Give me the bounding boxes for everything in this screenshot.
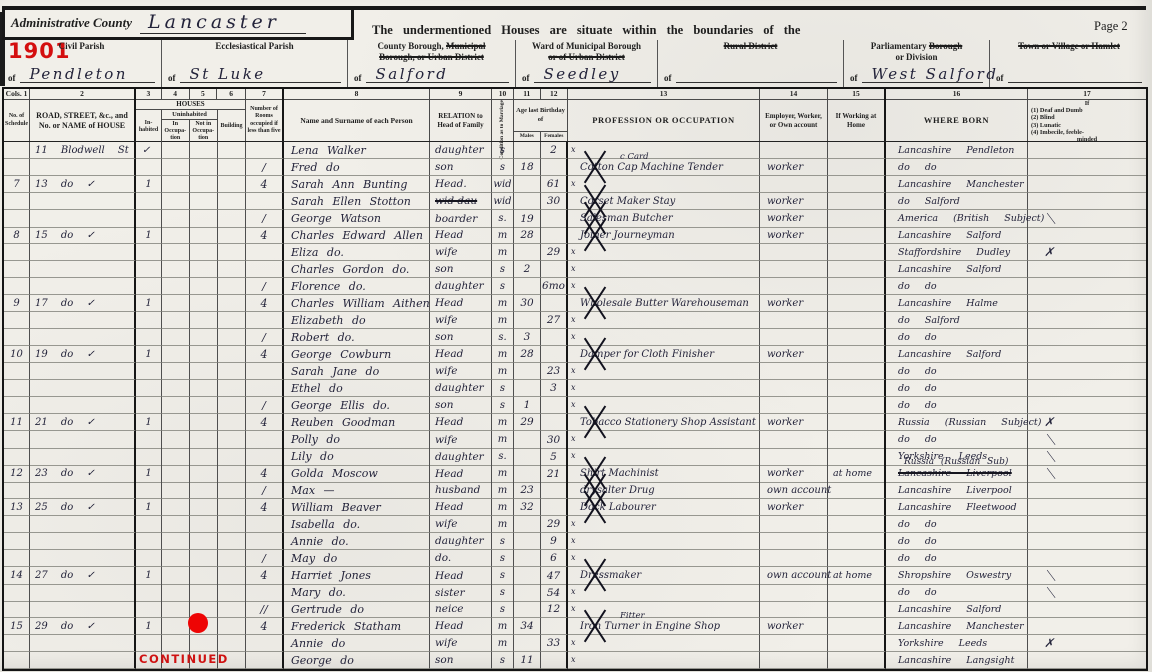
cell-rooms (246, 448, 284, 466)
cell-building (218, 550, 246, 567)
cell-relation: wid dau (430, 193, 492, 210)
cell-age-male: 2 (514, 261, 541, 278)
cell-road: 13 do ✓ (30, 176, 136, 193)
cell-rooms (246, 363, 284, 380)
no-occupation-mark: x (571, 383, 576, 392)
cell-schedule-no: 9 (4, 295, 30, 312)
cell-inhabited (136, 380, 162, 397)
cell-inhabited (136, 261, 162, 278)
cell-age-female: 6mo (541, 278, 568, 295)
cell-age-male (514, 550, 541, 567)
cell-inhabited: 1 (136, 176, 162, 193)
cell-relation: son (430, 397, 492, 414)
cell-age-female: 5 (541, 448, 568, 466)
cell-uninhabited-not-in-occupation (190, 346, 218, 363)
cell-name: Frederick Statham (284, 618, 430, 635)
cell-schedule-no (4, 142, 30, 159)
cell-uninhabited-not-in-occupation (190, 193, 218, 210)
cell-at-home (828, 346, 886, 363)
cell-at-home (828, 601, 886, 618)
cell-age-male: 29 (514, 414, 541, 431)
district-ecclesiastical-parish: Ecclesiastical ParishofSt Luke (162, 40, 348, 87)
cell-age-female: 23 (541, 363, 568, 380)
district-rural-district: Rural Districtof (658, 40, 844, 87)
cell-schedule-no (4, 261, 30, 278)
cell-age-male: 28 (514, 227, 541, 244)
cell-schedule-no (4, 448, 30, 466)
cell-occupation: x (568, 278, 760, 295)
fill-in-line (676, 67, 838, 83)
cell-uninhabited-in-occupation (162, 584, 190, 602)
census-row: Isabella do.wifem29xdo do (4, 516, 1146, 533)
cell-age-female: 29 (541, 244, 568, 261)
cell-relation: daughter (430, 278, 492, 295)
cell-age-female: 21 (541, 465, 568, 483)
cell-name: Eliza do. (284, 244, 430, 261)
cell-road (30, 244, 136, 261)
cell-infirmity (1028, 601, 1146, 618)
no-occupation-mark: x (571, 655, 576, 664)
col-rooms: 7 Number of Rooms occupied if less than … (246, 89, 284, 141)
cell-road (30, 652, 136, 669)
cell-road: 25 do ✓ (30, 499, 136, 516)
cell-where-born: Lancashire Salford (886, 346, 1028, 363)
cell-age-female: 6 (541, 550, 568, 567)
cell-uninhabited-not-in-occupation (190, 210, 218, 228)
cell-relation: do. (430, 550, 492, 567)
cell-building (218, 584, 246, 602)
cell-relation: son (430, 159, 492, 176)
cell-building (218, 244, 246, 261)
cell-name: Annie do (284, 635, 430, 652)
cell-where-born: Russia (Russian Subject) (886, 414, 1028, 431)
cell-relation: wife (430, 635, 492, 652)
cell-condition: m (492, 227, 514, 244)
cell-inhabited (136, 397, 162, 414)
cell-occupation: drysalter Drug (568, 482, 760, 499)
col-label: Employer, Worker, or Own account (761, 112, 826, 130)
cell-inhabited (136, 159, 162, 176)
cell-road (30, 278, 136, 295)
cell-employer: worker (760, 193, 828, 210)
cell-employer: worker (760, 295, 828, 312)
cell-inhabited: 1 (136, 227, 162, 244)
cell-uninhabited-not-in-occupation (190, 516, 218, 533)
column-header-band: Cols. 1 No. of Schedule 2 ROAD, STREET, … (4, 89, 1146, 142)
cell-employer: own account (760, 482, 828, 499)
cell-at-home (828, 193, 886, 210)
cell-where-born: Lancashire Langsight (886, 652, 1028, 669)
cell-age-male: 23 (514, 482, 541, 499)
cell-condition: s (492, 601, 514, 618)
cell-uninhabited-not-in-occupation (190, 567, 218, 585)
cell-inhabited (136, 193, 162, 210)
cell-age-female: 12 (541, 601, 568, 618)
cell-employer: worker (760, 499, 828, 516)
cell-name: Max — (284, 482, 430, 499)
col-label-not-in-occupation: Not in Occupa- tion (190, 120, 217, 144)
cell-inhabited (136, 635, 162, 652)
cell-occupation: x (568, 261, 760, 278)
cell-where-born: do do (886, 431, 1028, 449)
cell-infirmity: ＼ (1028, 567, 1146, 585)
cell-relation: sister (430, 584, 492, 602)
cell-name: Charles Edward Allen (284, 227, 430, 244)
cell-occupation: x (568, 533, 760, 550)
col-name: 8 Name and Surname of each Person (284, 89, 430, 141)
of-prefix: of (664, 74, 672, 83)
cell-age-male: 18 (514, 159, 541, 176)
cell-road (30, 329, 136, 346)
cell-inhabited: 1 (136, 414, 162, 431)
cell-age-male (514, 601, 541, 618)
census-table-body: 11 Blodwell St ✓Lena Walkerdaughters2xLa… (4, 142, 1146, 669)
cell-rooms: 4 (246, 618, 284, 635)
cell-uninhabited-not-in-occupation (190, 414, 218, 431)
administrative-county-box: Administrative County Lancaster (2, 6, 354, 40)
cell-uninhabited-not-in-occupation (190, 159, 218, 176)
cell-occupation: x (568, 652, 760, 669)
cell-rooms (246, 635, 284, 652)
cell-occupation: x (568, 431, 760, 449)
cell-employer: own account (760, 567, 828, 585)
cell-where-born: Lancashire Salford (886, 227, 1028, 244)
cell-at-home (828, 584, 886, 602)
cell-where-born: do Salford (886, 312, 1028, 329)
cell-at-home (828, 516, 886, 533)
cell-rooms: ∕ (246, 397, 284, 414)
cell-relation: wife (430, 244, 492, 261)
col-occupation: 13 PROFESSION OR OCCUPATION (568, 89, 760, 141)
cell-uninhabited-in-occupation (162, 567, 190, 585)
cell-relation: Head (430, 567, 492, 585)
cell-infirmity (1028, 329, 1146, 346)
cell-building (218, 635, 246, 652)
cell-relation: Head (430, 295, 492, 312)
cell-age-male (514, 380, 541, 397)
cell-infirmity: ✗ (1028, 244, 1146, 261)
cell-road (30, 516, 136, 533)
cell-employer: worker (760, 227, 828, 244)
col-numbers: 11 12 (514, 89, 567, 100)
cell-schedule-no (4, 482, 30, 499)
cell-road: 29 do ✓ (30, 618, 136, 635)
cell-at-home (828, 380, 886, 397)
cell-road (30, 601, 136, 618)
cell-inhabited (136, 312, 162, 329)
col-relation: 9 RELATION to Head of Family (430, 89, 492, 141)
no-occupation-mark: x (571, 400, 576, 409)
col-number: 2 (30, 89, 134, 100)
continued-label: CONTINUED (139, 652, 229, 666)
cell-occupation: x (568, 312, 760, 329)
cell-name: Harriet Jones (284, 567, 430, 585)
cell-employer: worker (760, 414, 828, 431)
cell-condition: m (492, 244, 514, 261)
cell-inhabited: 1 (136, 295, 162, 312)
cell-road (30, 448, 136, 466)
cell-condition: s (492, 380, 514, 397)
cell-where-born: do Salford (886, 193, 1028, 210)
cell-age-male (514, 193, 541, 210)
cell-infirmity: ＼ (1028, 210, 1146, 228)
cell-uninhabited-not-in-occupation (190, 482, 218, 499)
fill-in-line: West Salford (862, 67, 984, 83)
census-table: Cols. 1 No. of Schedule 2 ROAD, STREET, … (2, 87, 1148, 671)
cell-infirmity: ＼ (1028, 465, 1146, 483)
fill-in-line (1008, 67, 1143, 83)
cell-where-born: America (British Subject) (886, 210, 1028, 228)
col-label: PROFESSION OR OCCUPATION (592, 115, 735, 126)
col-employer: 14 Employer, Worker, or Own account (760, 89, 828, 141)
cell-uninhabited-not-in-occupation (190, 278, 218, 295)
cell-rooms: 4 (246, 465, 284, 483)
cell-road (30, 380, 136, 397)
cell-infirmity (1028, 295, 1146, 312)
cell-inhabited: 1 (136, 567, 162, 585)
cell-where-born: do do (886, 278, 1028, 295)
cell-relation: son (430, 261, 492, 278)
district-label: Town or Village or Hamlet (996, 41, 1142, 52)
district-value: West Salford (872, 65, 999, 83)
no-occupation-mark: x (571, 281, 576, 290)
cell-uninhabited-in-occupation (162, 635, 190, 652)
cell-name: Sarah Jane do (284, 363, 430, 380)
cell-name: George Ellis do. (284, 397, 430, 414)
cell-infirmity (1028, 380, 1146, 397)
census-row: Polly dowifem30xdo do＼ (4, 431, 1146, 448)
cell-road: 11 Blodwell St ✓ (30, 142, 136, 159)
cell-occupation: x (568, 516, 760, 533)
cell-occupation: Dock Labourer (568, 499, 760, 516)
col-number: 16 (886, 89, 1027, 100)
col-numbers: 3 4 5 6 (136, 89, 245, 100)
cell-infirmity (1028, 652, 1146, 669)
cell-employer: worker (760, 465, 828, 483)
cell-relation: Head (430, 465, 492, 483)
cell-building (218, 227, 246, 244)
cell-relation: Head. (430, 176, 492, 193)
cell-infirmity (1028, 227, 1146, 244)
cell-building (218, 142, 246, 159)
cell-uninhabited-in-occupation (162, 601, 190, 618)
cell-where-born: do do (886, 584, 1028, 602)
cell-condition: m (492, 363, 514, 380)
cell-employer (760, 652, 828, 669)
cell-relation: daughter (430, 533, 492, 550)
cell-road (30, 550, 136, 567)
cell-road: 21 do ✓ (30, 414, 136, 431)
cell-condition: m (492, 312, 514, 329)
cell-building (218, 499, 246, 516)
cell-uninhabited-not-in-occupation (190, 584, 218, 602)
cell-uninhabited-not-in-occupation (190, 448, 218, 466)
cell-uninhabited-in-occupation (162, 380, 190, 397)
cell-age-female (541, 499, 568, 516)
cell-uninhabited-not-in-occupation (190, 533, 218, 550)
fill-in-line: St Luke (180, 67, 342, 83)
cell-employer: worker (760, 159, 828, 176)
census-row: Annie dowifem33xYorkshire Leeds✗ (4, 635, 1146, 652)
cell-rooms: 4 (246, 346, 284, 363)
cell-road: 15 do ✓ (30, 227, 136, 244)
cell-inhabited (136, 142, 162, 159)
cell-uninhabited-in-occupation (162, 193, 190, 210)
no-occupation-mark: x (571, 519, 576, 528)
cell-at-home (828, 295, 886, 312)
cell-rooms (246, 584, 284, 602)
census-row: ∕May dodo.s6xdo do (4, 550, 1146, 567)
cell-age-male (514, 584, 541, 602)
cell-age-female (541, 652, 568, 669)
cell-building (218, 601, 246, 618)
cell-building (218, 193, 246, 210)
census-row: Ethel dodaughters3xdo do (4, 380, 1146, 397)
cell-rooms: 4 (246, 499, 284, 516)
col-label-females: Females (541, 132, 567, 141)
cell-schedule-no (4, 635, 30, 652)
cell-at-home (828, 261, 886, 278)
cell-where-born: Lancashire Pendleton (886, 142, 1028, 159)
cell-occupation: x (568, 397, 760, 414)
cell-infirmity: ＼ (1028, 448, 1146, 466)
cell-road (30, 431, 136, 449)
cell-at-home (828, 210, 886, 228)
cell-age-female (541, 295, 568, 312)
cell-name: May do (284, 550, 430, 567)
cell-rooms: ∕ (246, 329, 284, 346)
cell-condition: s (492, 142, 514, 159)
no-occupation-mark: x (571, 247, 576, 256)
cell-age-male (514, 363, 541, 380)
col-houses-group: 3 4 5 6 HOUSES In- habited Uninhabited I… (136, 89, 246, 141)
cell-infirmity: ＼ (1028, 584, 1146, 602)
census-row: 1019 do ✓14George CowburnHeadm28Damper f… (4, 346, 1146, 363)
cell-where-born: Lancashire Fleetwood (886, 499, 1028, 516)
cell-infirmity (1028, 159, 1146, 176)
cell-relation: Head (430, 618, 492, 635)
census-row: 713 do ✓14Sarah Ann BuntingHead.wid61xLa… (4, 176, 1146, 193)
cell-uninhabited-not-in-occupation (190, 465, 218, 483)
district-county-borough: County Borough, MunicipalBorough, or Urb… (348, 40, 516, 87)
cell-inhabited (136, 431, 162, 449)
cell-rooms: ∕ (246, 482, 284, 499)
cell-condition: s (492, 159, 514, 176)
cell-employer (760, 244, 828, 261)
cell-road: 27 do ✓ (30, 567, 136, 585)
cell-uninhabited-not-in-occupation (190, 499, 218, 516)
no-occupation-mark: x (571, 264, 576, 273)
cell-building (218, 159, 246, 176)
cell-condition: m (492, 295, 514, 312)
cell-employer (760, 142, 828, 159)
cell-infirmity (1028, 550, 1146, 567)
cell-age-male: 30 (514, 295, 541, 312)
cell-age-male: 19 (514, 210, 541, 228)
cell-occupation: x (568, 635, 760, 652)
cell-occupation: x (568, 448, 760, 466)
cell-schedule-no (4, 159, 30, 176)
administrative-county-label: Administrative County (11, 15, 132, 31)
age-title: Age last Birthday of (516, 107, 565, 123)
cell-uninhabited-in-occupation (162, 244, 190, 261)
cell-age-male: 34 (514, 618, 541, 635)
cell-inhabited: 1 (136, 465, 162, 483)
cell-employer (760, 516, 828, 533)
cell-uninhabited-not-in-occupation (190, 397, 218, 414)
cell-uninhabited-not-in-occupation (190, 142, 218, 159)
cell-name: Isabella do. (284, 516, 430, 533)
cell-uninhabited-in-occupation (162, 329, 190, 346)
cell-relation: daughter (430, 448, 492, 466)
cell-age-male (514, 567, 541, 585)
cell-building (218, 312, 246, 329)
col-number: 14 (760, 89, 827, 100)
census-row: 1223 do ✓14Golda MoscowHeadm21Shirt Mach… (4, 465, 1146, 482)
cell-rooms: ∕∕ (246, 601, 284, 618)
cell-rooms: 4 (246, 227, 284, 244)
cell-where-born: Lancashire LiverpoolRussia (Russian Sub) (886, 465, 1028, 483)
cell-schedule-no: 10 (4, 346, 30, 363)
cell-schedule-no (4, 244, 30, 261)
cell-infirmity (1028, 278, 1146, 295)
cell-at-home: at home (828, 465, 886, 483)
cell-road: 23 do ✓ (30, 465, 136, 483)
cell-age-male: 1 (514, 397, 541, 414)
cell-employer (760, 635, 828, 652)
cell-age-male (514, 244, 541, 261)
cell-relation: wife (430, 363, 492, 380)
census-row: 815 do ✓14Charles Edward AllenHeadm28Joi… (4, 227, 1146, 244)
col-label: Name and Surname of each Person (300, 116, 412, 125)
cell-employer (760, 431, 828, 449)
cell-building (218, 261, 246, 278)
col-label: WHERE BORN (924, 115, 989, 126)
cell-employer: worker (760, 618, 828, 635)
cell-age-male (514, 431, 541, 449)
census-row: 1529 do ✓14Frederick StathamHeadm34Iron … (4, 618, 1146, 635)
cell-age-female: 47 (541, 567, 568, 585)
cell-condition: m (492, 431, 514, 449)
cell-name: Golda Moscow (284, 465, 430, 483)
cell-at-home (828, 550, 886, 567)
census-row: ∕Robert do.sons.3xdo do (4, 329, 1146, 346)
cell-condition: s. (492, 210, 514, 228)
cell-condition: s (492, 278, 514, 295)
cell-employer (760, 329, 828, 346)
cell-condition: m (492, 499, 514, 516)
cell-occupation: Salesman Butcher (568, 210, 760, 228)
district-value: Pendleton (30, 65, 128, 83)
cell-name: Robert do. (284, 329, 430, 346)
census-row: ∕Florence do.daughters6moxdo do (4, 278, 1146, 295)
cell-age-male (514, 278, 541, 295)
cell-schedule-no: 7 (4, 176, 30, 193)
cell-employer (760, 380, 828, 397)
district-town-village-hamlet: Town or Village or Hamletof (990, 40, 1148, 87)
cell-name: George Watson (284, 210, 430, 228)
cell-schedule-no (4, 193, 30, 210)
cell-road (30, 397, 136, 414)
cell-at-home (828, 363, 886, 380)
cell-inhabited (136, 363, 162, 380)
col-number: 8 (284, 89, 429, 100)
cell-building (218, 210, 246, 228)
cell-building (218, 397, 246, 414)
cell-occupation: Shirt Machinist (568, 465, 760, 483)
of-prefix: of (354, 74, 362, 83)
cell-age-female: 27 (541, 312, 568, 329)
